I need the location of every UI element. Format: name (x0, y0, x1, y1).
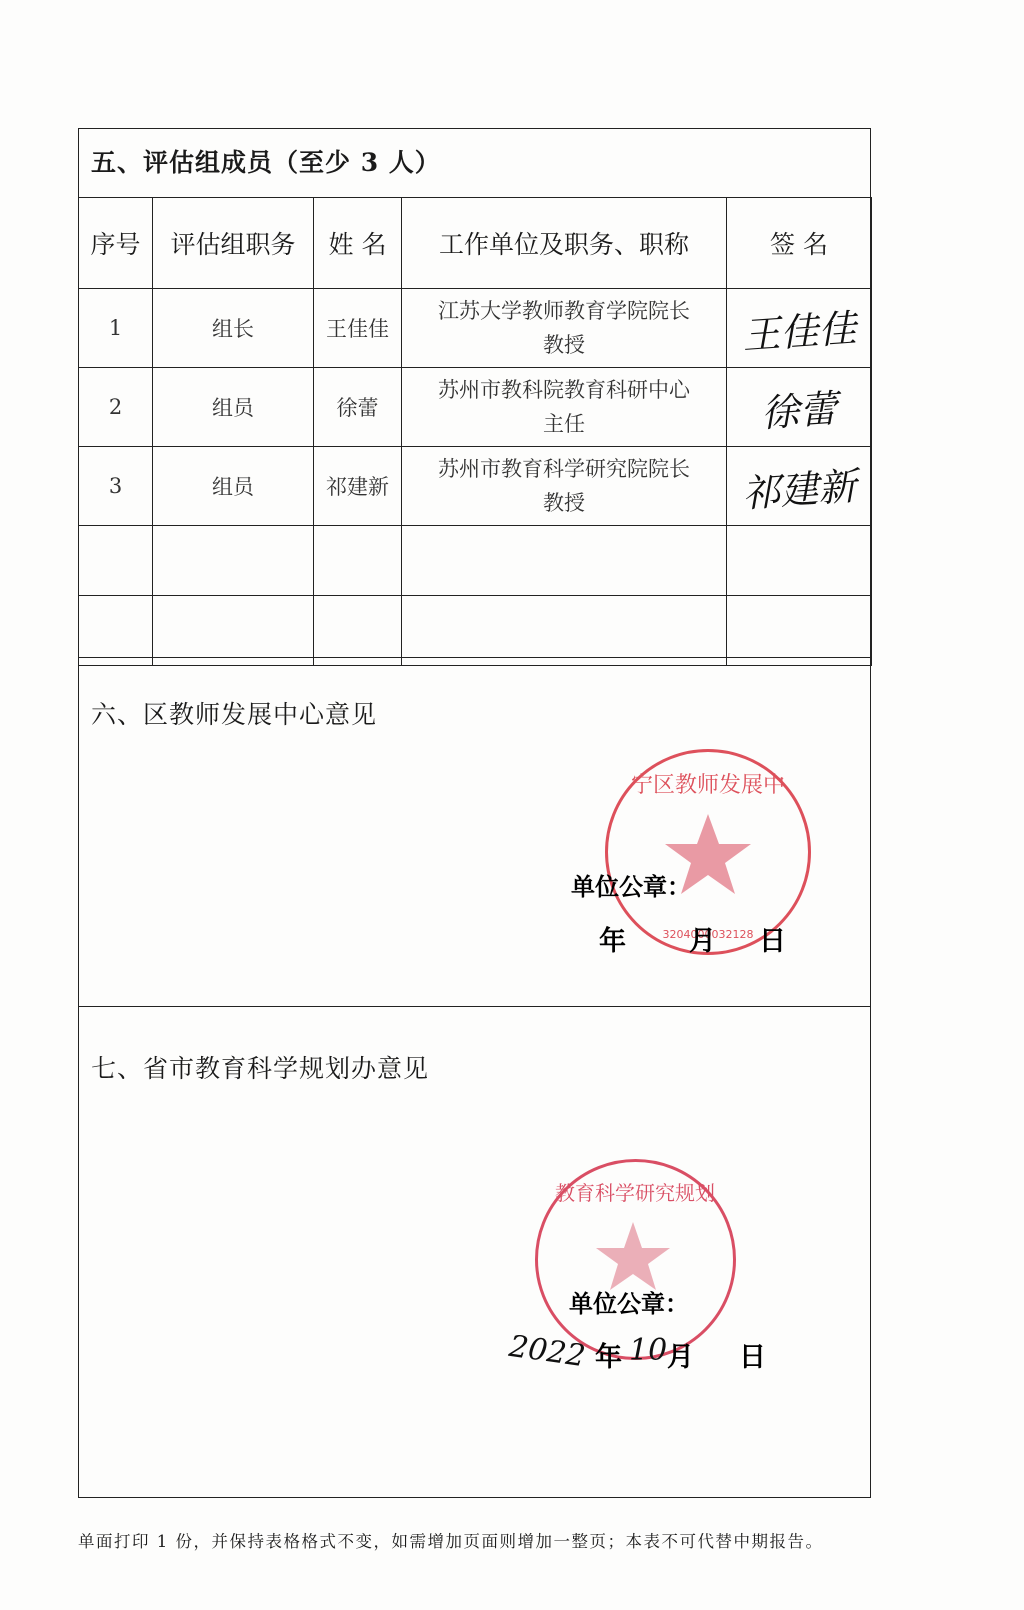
members-table: 序号 评估组职务 姓 名 工作单位及职务、职称 签 名 1 组长 王佳佳 江苏大… (78, 197, 872, 666)
handwritten-signature: 王佳佳 (740, 297, 858, 360)
table-row: 2 组员 徐蕾 苏州市教科院教育科研中心主任 徐蕾 (79, 368, 872, 447)
table-row: 3 组员 祁建新 苏州市教育科学研究院院长教授 祁建新 (79, 447, 872, 526)
col-header-signature: 签 名 (727, 198, 872, 289)
evaluation-form: 五、评估组成员（至少 3 人） 序号 评估组职务 姓 名 工作单位及职务、职称 … (78, 128, 871, 1498)
svg-text:宁区教师发展中: 宁区教师发展中 (631, 773, 785, 798)
cell-name: 祁建新 (314, 447, 402, 526)
cell-signature: 祁建新 (727, 447, 872, 526)
footnote: 单面打印 1 份，并保持表格格式不变，如需增加页面则增加一整页；本表不可代替中期… (78, 1528, 824, 1552)
table-row-empty (79, 596, 872, 666)
table-row: 1 组长 王佳佳 江苏大学教师教育学院院长教授 王佳佳 (79, 289, 872, 368)
cell-signature: 王佳佳 (727, 289, 872, 368)
cell-unit: 江苏大学教师教育学院院长教授 (402, 289, 727, 368)
table-row-empty (79, 526, 872, 596)
svg-text:教育科学研究规划: 教育科学研究规划 (555, 1181, 715, 1205)
handwritten-month: 10 (629, 1333, 667, 1368)
date-month-label: 月 (689, 919, 716, 958)
cell-role: 组长 (153, 289, 314, 368)
handwritten-signature: 祁建新 (740, 455, 858, 518)
star-icon: 教育科学研究规划 (538, 1162, 733, 1357)
seal-label: 单位公章： (569, 1284, 689, 1319)
cell-name: 王佳佳 (314, 289, 402, 368)
section5-title: 五、评估组成员（至少 3 人） (91, 143, 441, 179)
date-day-label: 日 (739, 1335, 766, 1374)
seal-label: 单位公章： (571, 867, 691, 902)
handwritten-signature: 徐蕾 (759, 377, 839, 437)
cell-signature: 徐蕾 (727, 368, 872, 447)
section-divider (78, 657, 871, 658)
cell-no: 3 (79, 447, 153, 526)
col-header-role: 评估组职务 (153, 198, 314, 289)
cell-no: 2 (79, 368, 153, 447)
col-header-name: 姓 名 (314, 198, 402, 289)
date-day-label: 日 (759, 919, 786, 958)
date-year-label: 年 (595, 1335, 622, 1374)
official-seal-planning-office: 教育科学研究规划 (535, 1159, 736, 1360)
cell-role: 组员 (153, 447, 314, 526)
col-header-no: 序号 (79, 198, 153, 289)
cell-name: 徐蕾 (314, 368, 402, 447)
section7-title: 七、省市教育科学规划办意见 (91, 1049, 429, 1085)
section6-title: 六、区教师发展中心意见 (91, 695, 377, 731)
cell-role: 组员 (153, 368, 314, 447)
section-divider (78, 1006, 871, 1007)
date-month-label: 月 (667, 1335, 694, 1374)
cell-unit: 苏州市教育科学研究院院长教授 (402, 447, 727, 526)
col-header-unit: 工作单位及职务、职称 (402, 198, 727, 289)
cell-unit: 苏州市教科院教育科研中心主任 (402, 368, 727, 447)
date-year-label: 年 (599, 919, 626, 958)
cell-no: 1 (79, 289, 153, 368)
